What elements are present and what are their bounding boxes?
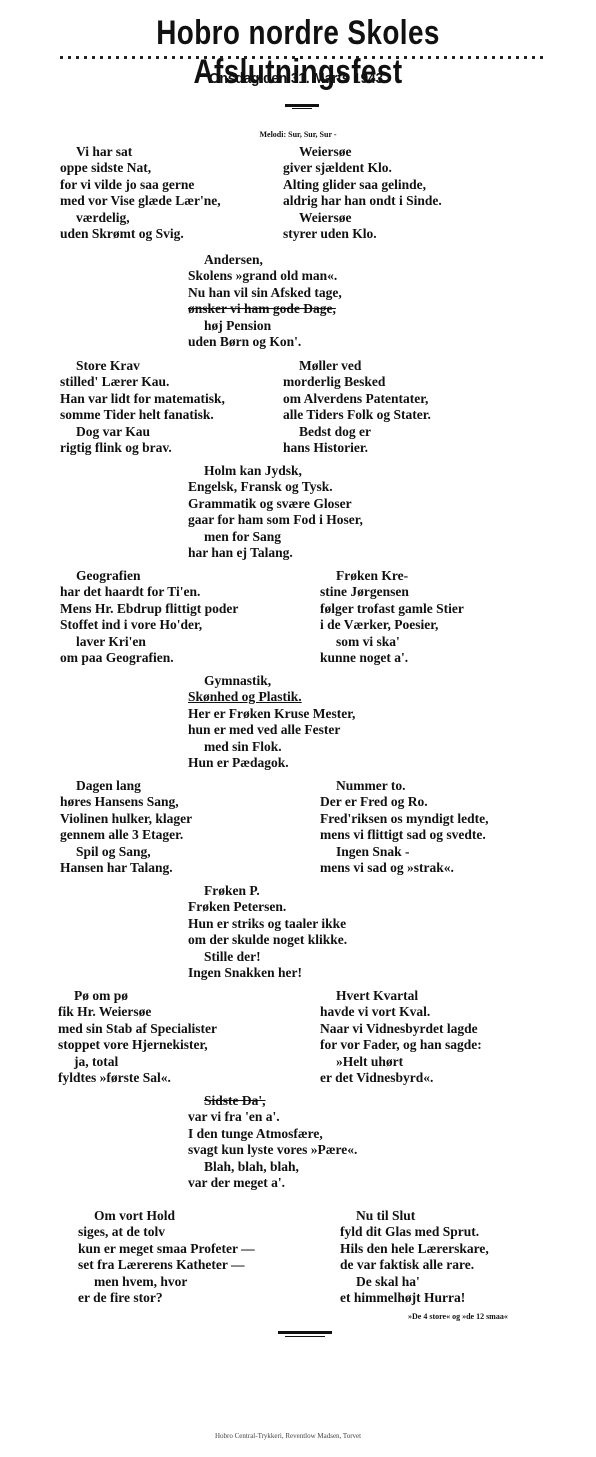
footnote: »De 4 store« og »de 12 smaa« <box>408 1312 508 1321</box>
printer-imprint: Hobro Central-Trykkeri, Reventlow Madsen… <box>215 1432 361 1440</box>
event-date: Onsdag den 31. Marts 1943. <box>30 70 566 87</box>
verse-6: Holm kan Jydsk, Engelsk, Fransk og Tysk.… <box>188 463 363 561</box>
verse-9: Gymnastik, Skønhed og Plastik. Her er Fr… <box>188 673 355 771</box>
ornament-rule <box>285 104 319 107</box>
verse-8: Frøken Kre- stine Jørgensen følger trofa… <box>320 568 464 666</box>
verse-14: Hvert Kvartal havde vi vort Kval. Naar v… <box>320 988 482 1086</box>
verse-7: Geografien har det haardt for Ti'en. Men… <box>60 568 238 666</box>
verse-2: Weiersøe giver sjældent Klo. Alting glid… <box>283 144 442 242</box>
verse-3: Andersen, Skolens »grand old man«. Nu ha… <box>188 252 342 350</box>
closing-rule <box>278 1331 332 1334</box>
closing-rule-thin <box>285 1336 325 1337</box>
verse-13: Pø om pø fik Hr. Weiersøe med sin Stab a… <box>58 988 217 1086</box>
verse-12: Frøken P. Frøken Petersen. Hun er striks… <box>188 883 347 981</box>
ornament-rule-thin <box>292 108 312 109</box>
dotted-divider <box>60 56 548 59</box>
verse-5: Møller ved morderlig Besked om Alverdens… <box>283 358 431 456</box>
verse-10: Dagen lang høres Hansens Sang, Violinen … <box>60 778 192 876</box>
verse-11: Nummer to. Der er Fred og Ro. Fred'rikse… <box>320 778 489 876</box>
verse-1: Vi har sat oppe sidste Nat, for vi vilde… <box>60 144 221 242</box>
verse-17: Nu til Slut fyld dit Glas med Sprut. Hil… <box>340 1208 489 1306</box>
verse-15: Sidste Da', var vi fra 'en a'. I den tun… <box>188 1093 357 1191</box>
verse-4: Store Krav stilled' Lærer Kau. Han var l… <box>60 358 225 456</box>
verse-16: Om vort Hold siges, at de tolv kun er me… <box>78 1208 255 1306</box>
melody-note: Melodi: Sur, Sur, Sur - <box>0 130 596 139</box>
